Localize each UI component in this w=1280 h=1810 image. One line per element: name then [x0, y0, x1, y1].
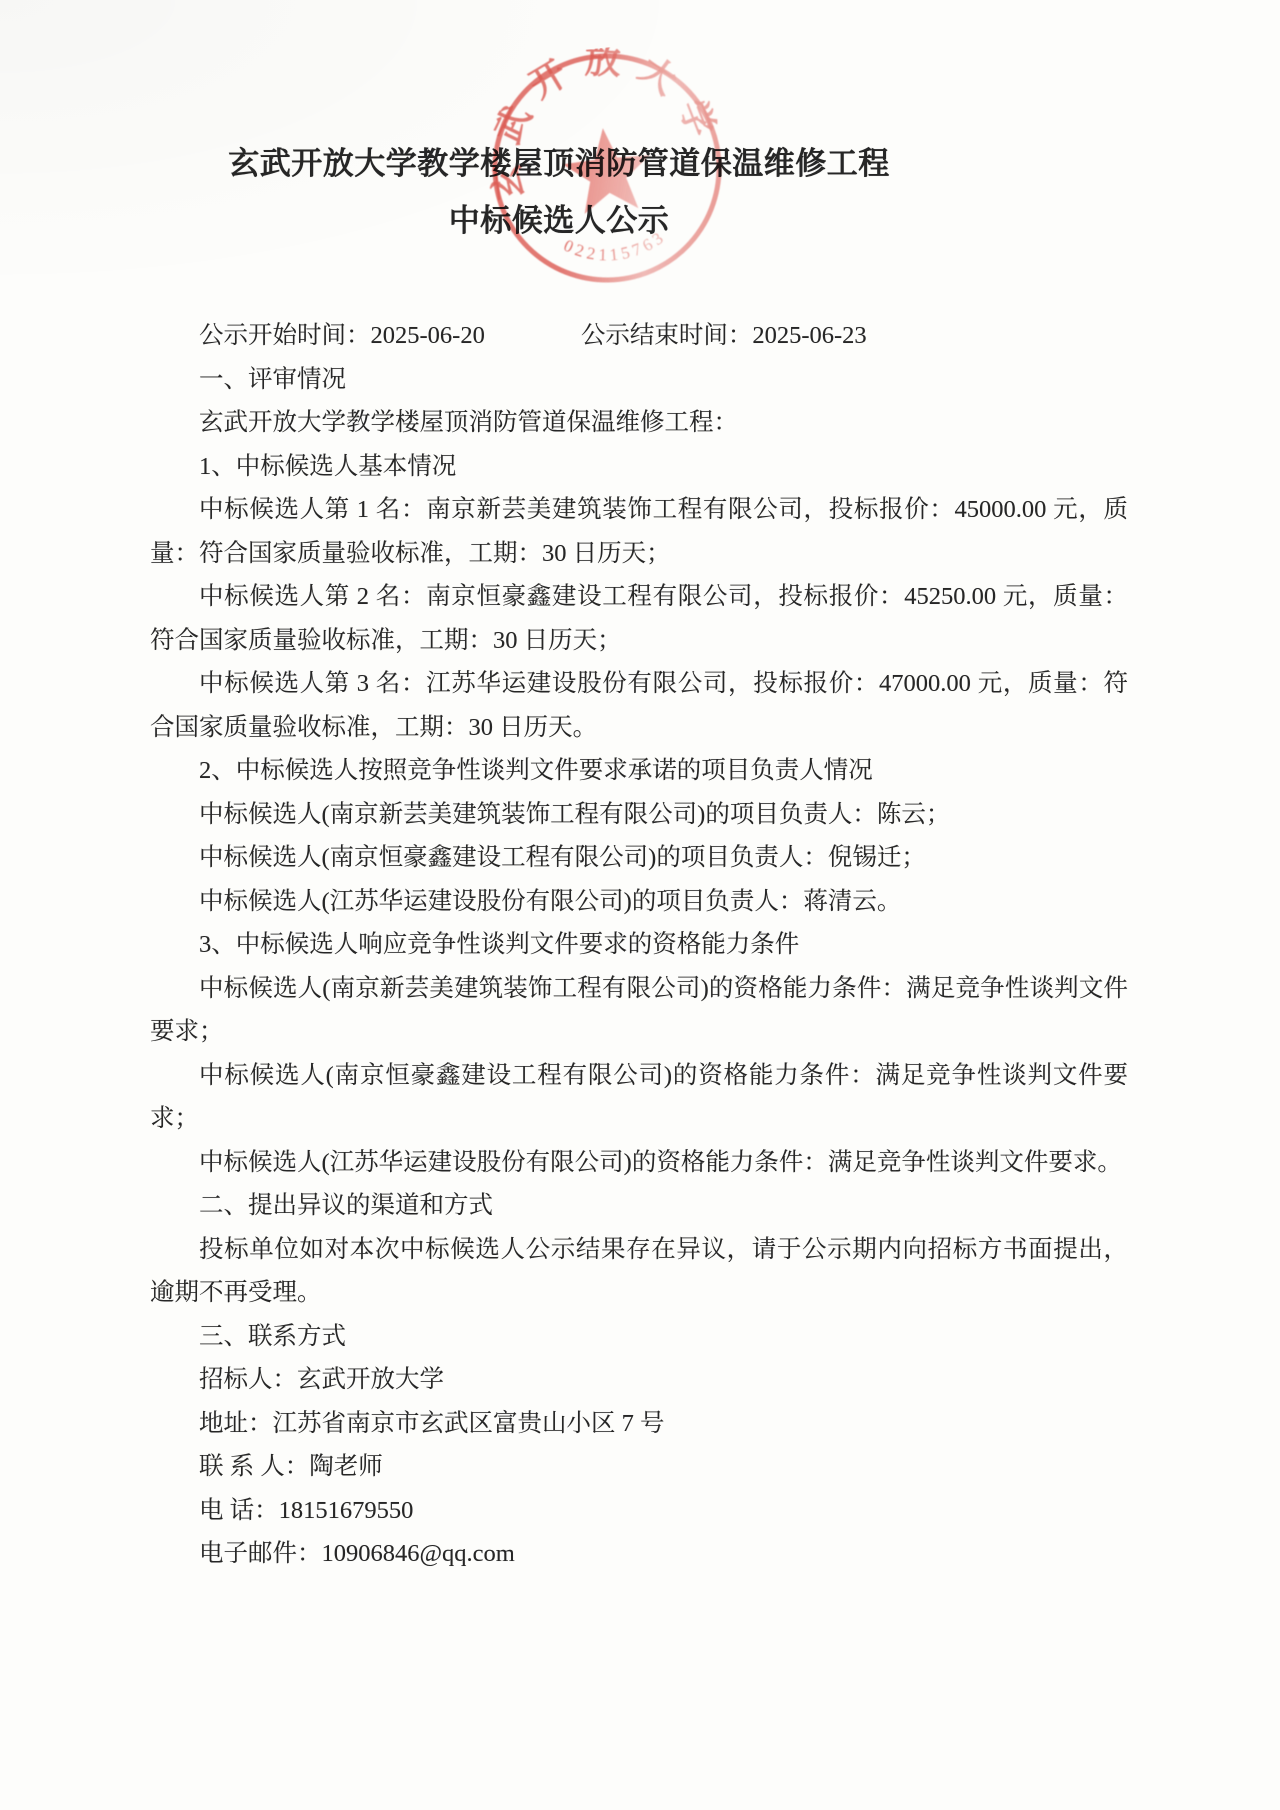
project-name-line: 玄武开放大学教学楼屋顶消防管道保温维修工程：	[150, 401, 1128, 445]
candidate-2-info: 中标候选人第 2 名：南京恒豪鑫建设工程有限公司，投标报价：45250.00 元…	[150, 575, 1128, 662]
contact-person-line: 联 系 人：陶老师	[150, 1445, 1128, 1489]
candidate-3-info: 中标候选人第 3 名：江苏华运建设股份有限公司，投标报价：47000.00 元，…	[150, 662, 1128, 749]
subheading-project-managers: 2、中标候选人按照竞争性谈判文件要求承诺的项目负责人情况	[150, 749, 1128, 793]
section-heading-review: 一、评审情况	[150, 358, 1128, 402]
document-body: 公示开始时间：2025-06-20公示结束时间：2025-06-23 一、评审情…	[150, 314, 1128, 1576]
document-subtitle: 中标候选人公示	[0, 201, 1199, 241]
section-heading-contact: 三、联系方式	[150, 1315, 1128, 1359]
qualification-candidate-1: 中标候选人(南京新芸美建筑装饰工程有限公司)的资格能力条件：满足竞争性谈判文件要…	[150, 967, 1128, 1054]
publicity-end-date: 2025-06-23	[752, 322, 866, 349]
section-heading-objection: 二、提出异议的渠道和方式	[150, 1184, 1128, 1228]
publicity-end-label: 公示结束时间：	[581, 322, 753, 349]
subheading-qualification: 3、中标候选人响应竞争性谈判文件要求的资格能力条件	[150, 923, 1128, 967]
publicity-start-date: 2025-06-20	[371, 322, 485, 349]
manager-candidate-1: 中标候选人(南京新芸美建筑装饰工程有限公司)的项目负责人：陈云；	[150, 793, 1128, 837]
candidate-1-info: 中标候选人第 1 名：南京新芸美建筑装饰工程有限公司，投标报价：45000.00…	[150, 488, 1128, 575]
address-line: 地址：江苏省南京市玄武区富贵山小区 7 号	[150, 1402, 1128, 1446]
subheading-candidates-basic-info: 1、中标候选人基本情况	[150, 445, 1128, 489]
publicity-start-label: 公示开始时间：	[199, 322, 371, 349]
qualification-candidate-3: 中标候选人(江苏华运建设股份有限公司)的资格能力条件：满足竞争性谈判文件要求。	[150, 1141, 1128, 1185]
manager-candidate-2: 中标候选人(南京恒豪鑫建设工程有限公司)的项目负责人：倪锡迁；	[150, 836, 1128, 880]
tenderer-line: 招标人：玄武开放大学	[150, 1358, 1128, 1402]
phone-line: 电 话：18151679550	[150, 1489, 1128, 1533]
email-line: 电子邮件：10906846@qq.com	[150, 1532, 1128, 1576]
qualification-candidate-2: 中标候选人(南京恒豪鑫建设工程有限公司)的资格能力条件：满足竞争性谈判文件要求；	[150, 1054, 1128, 1141]
title-block: 玄武开放大学教学楼屋顶消防管道保温维修工程 中标候选人公示	[0, 144, 1199, 241]
publicity-period-line: 公示开始时间：2025-06-20公示结束时间：2025-06-23	[150, 314, 1128, 358]
document-title: 玄武开放大学教学楼屋顶消防管道保温维修工程	[0, 144, 1199, 184]
manager-candidate-3: 中标候选人(江苏华运建设股份有限公司)的项目负责人：蒋清云。	[150, 880, 1128, 924]
objection-instructions: 投标单位如对本次中标候选人公示结果存在异议，请于公示期内向招标方书面提出，逾期不…	[150, 1228, 1128, 1315]
